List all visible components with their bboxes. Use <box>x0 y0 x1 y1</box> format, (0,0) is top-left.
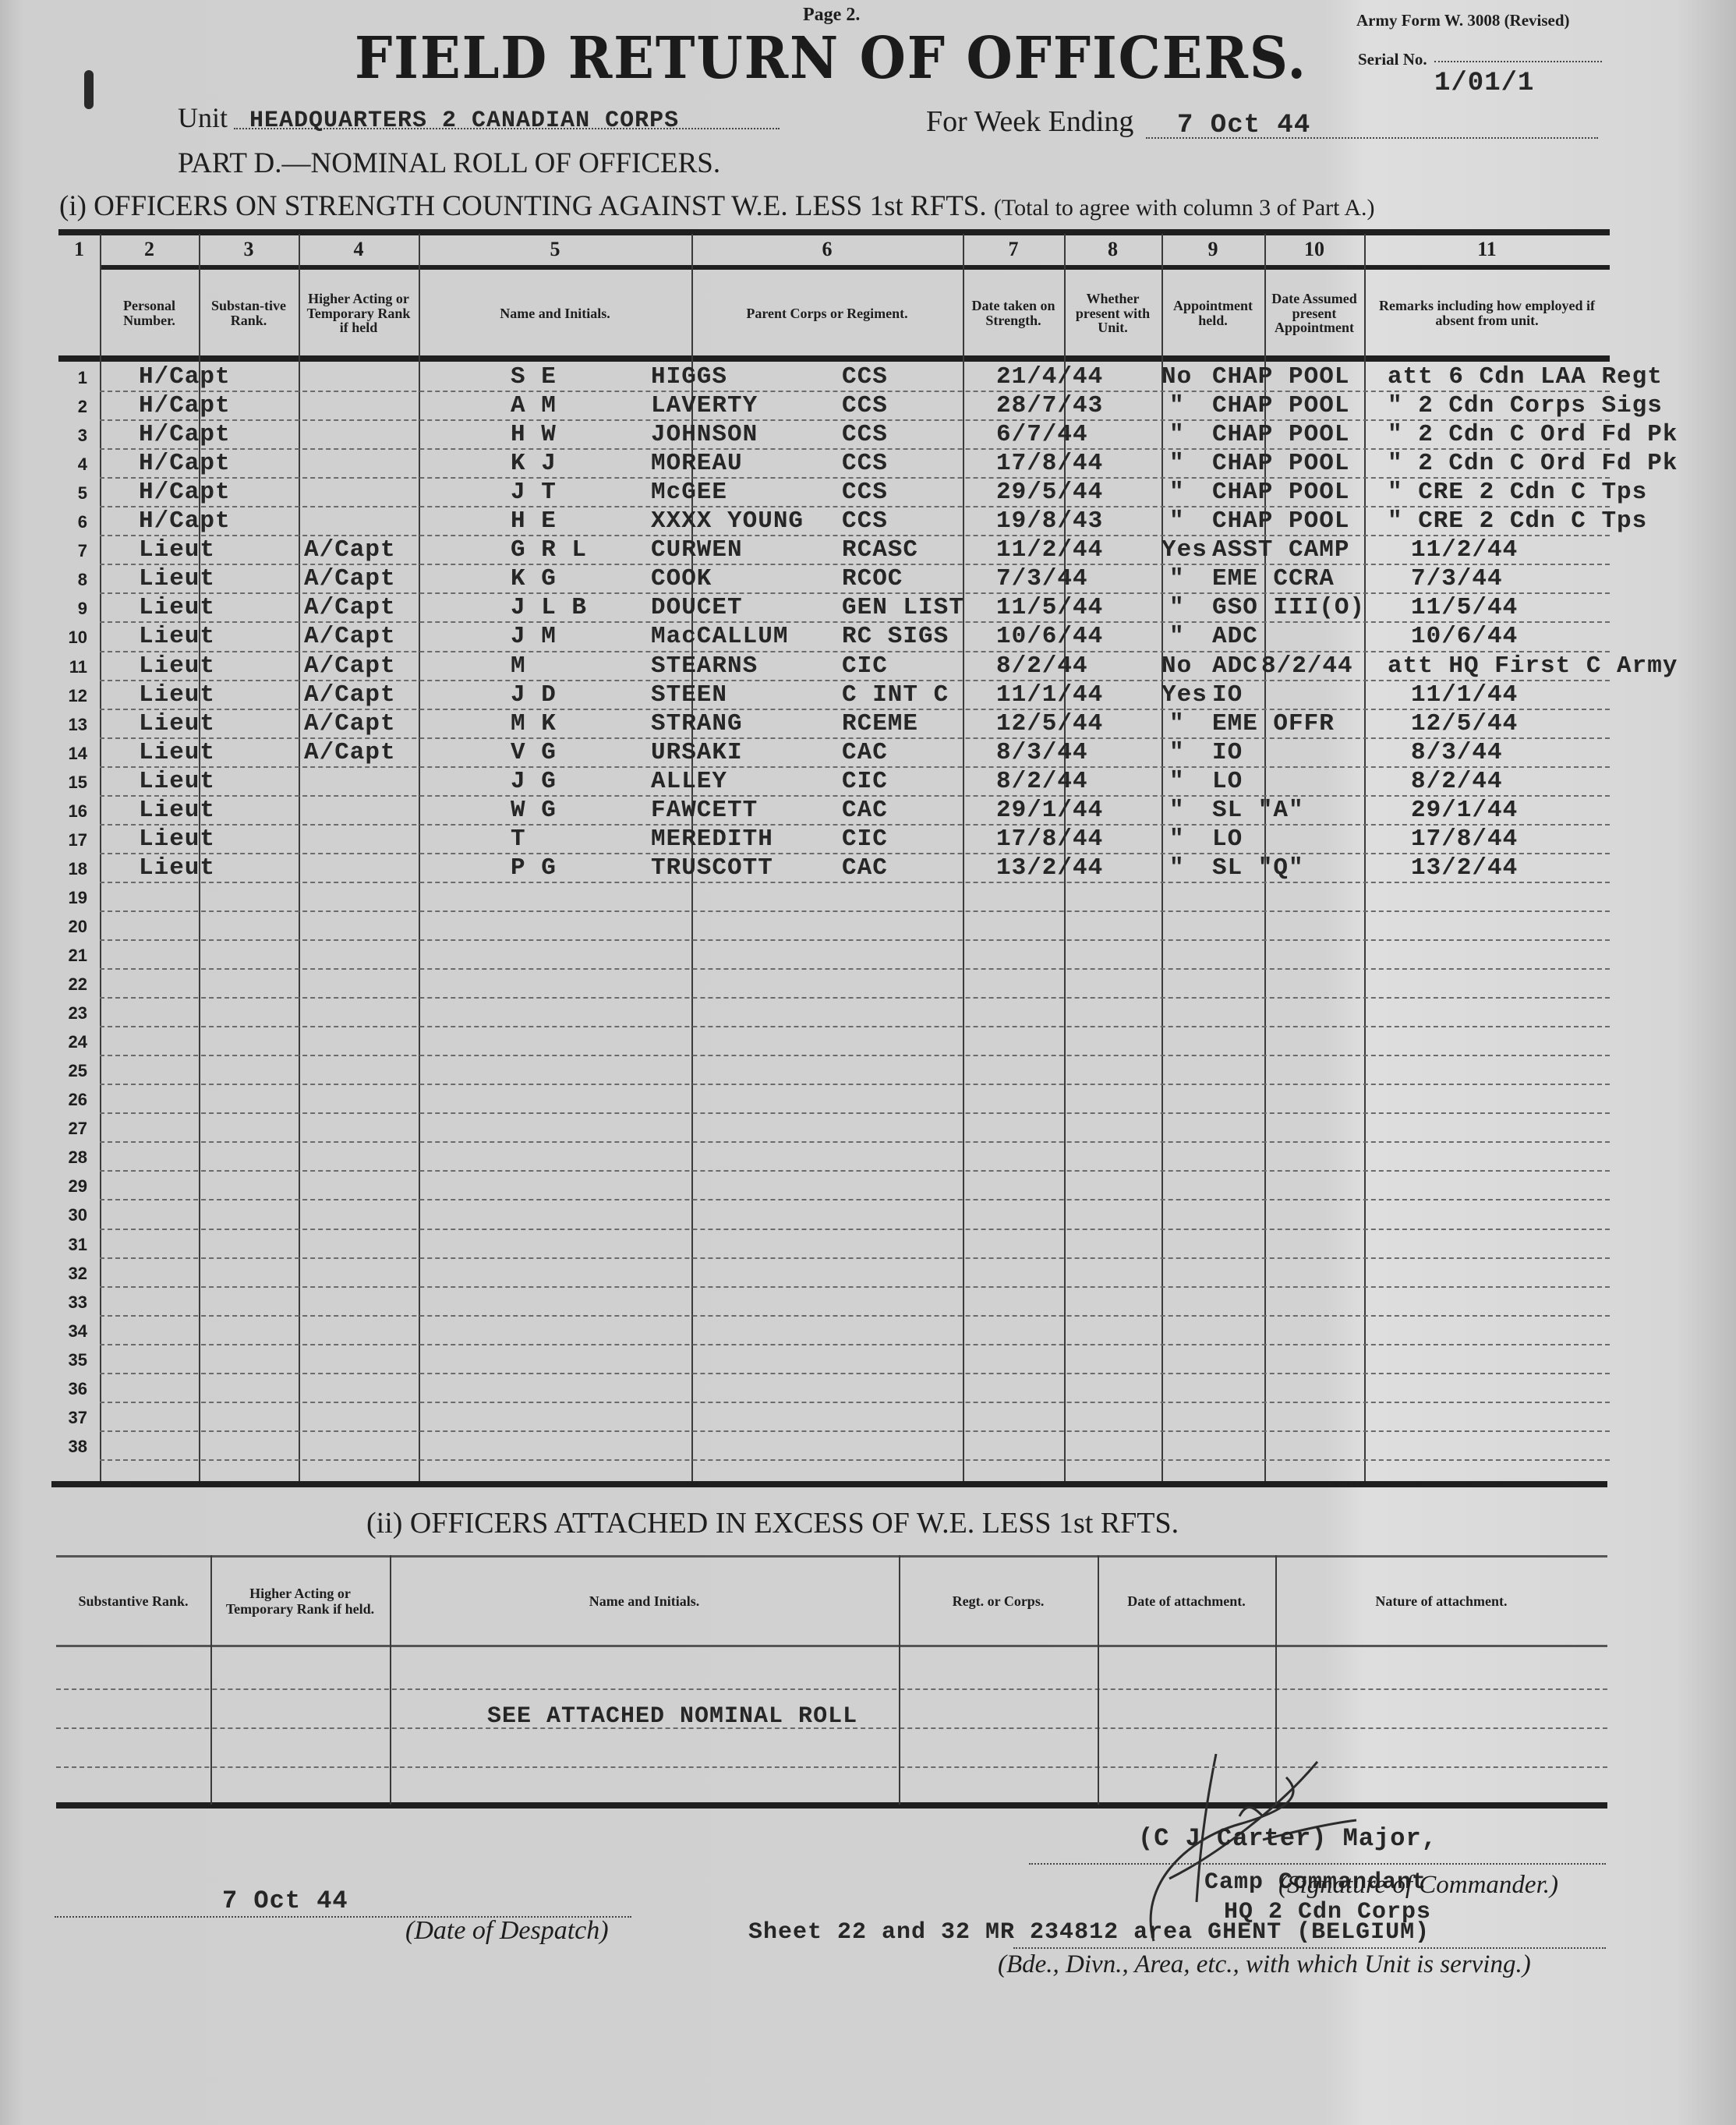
cell-appointment-held: CHAP POOL <box>1212 450 1349 477</box>
cell-acting-rank: A/Capt <box>304 565 396 592</box>
cell-substantive-rank: Lieut <box>139 797 215 824</box>
cell-appointment-held: CHAP POOL <box>1212 479 1349 506</box>
column-header: Personal Number. <box>103 274 196 352</box>
cell-surname: LAVERTY <box>651 392 758 419</box>
cell-parent-corps: CIC <box>842 826 888 853</box>
cell-appointment-held: SL "A" <box>1212 797 1304 824</box>
form-number: Army Form W. 3008 (Revised) <box>1356 11 1570 30</box>
cell-surname: STEARNS <box>651 652 758 680</box>
cell-surname: MEREDITH <box>651 826 773 853</box>
cell-appointment-held: LO <box>1212 826 1243 853</box>
cell-remarks: " CRE 2 Cdn C Tps <box>1388 507 1647 535</box>
cell-initials: K G <box>511 565 557 592</box>
cell-appointment-held: ASST CAMP <box>1212 536 1349 564</box>
row-rule <box>100 1199 1610 1200</box>
cell-date-taken-on-strength: 12/5/44 <box>996 710 1103 737</box>
cell-present-with-unit: " <box>1169 507 1185 535</box>
cell-acting-rank: A/Capt <box>304 710 396 737</box>
row-number: 30 <box>48 1205 87 1225</box>
cell-present-with-unit: " <box>1169 623 1185 650</box>
row-rule <box>100 939 1610 941</box>
cell-appointment-held: ADC <box>1212 652 1258 680</box>
cell-surname: DOUCET <box>651 594 743 621</box>
section-i-heading: (i) OFFICERS ON STRENGTH COUNTING AGAINS… <box>59 190 987 222</box>
section-ii-row-rule <box>56 1766 1607 1768</box>
week-ending-label: For Week Ending <box>926 104 1133 139</box>
cell-date-taken-on-strength: 6/7/44 <box>996 421 1088 448</box>
cell-surname: CURWEN <box>651 536 743 564</box>
row-rule <box>100 1344 1610 1345</box>
cell-parent-corps: RCEME <box>842 710 918 737</box>
serial-dotted-line <box>1434 61 1602 62</box>
row-number: 22 <box>48 974 87 995</box>
row-rule <box>100 968 1610 970</box>
section-ii-column-header: Regt. or Corps. <box>903 1559 1093 1645</box>
cell-parent-corps: RCASC <box>842 536 918 564</box>
cell-substantive-rank: Lieut <box>139 594 215 621</box>
table-top-rule <box>58 229 1610 235</box>
row-rule <box>100 1315 1610 1317</box>
cell-initials: J G <box>511 768 557 795</box>
cell-date-taken-on-strength: 19/8/43 <box>996 507 1103 535</box>
cell-substantive-rank: Lieut <box>139 623 215 650</box>
column-number: 7 <box>963 238 1064 261</box>
column-header: Parent Corps or Regiment. <box>695 274 960 352</box>
cell-appointment-held: CHAP POOL <box>1212 392 1349 419</box>
column-number: 1 <box>58 238 100 261</box>
row-number: 5 <box>48 483 87 504</box>
cell-parent-corps: CCS <box>842 392 888 419</box>
cell-appointment-held: CHAP POOL <box>1212 363 1349 391</box>
row-rule <box>100 1459 1610 1461</box>
serving-dotted-line <box>1013 1947 1606 1949</box>
serving-location: Sheet 22 and 32 MR 234812 area GHENT (BE… <box>748 1919 1430 1946</box>
cell-present-with-unit: " <box>1169 768 1185 795</box>
cell-date-taken-on-strength: 8/3/44 <box>996 739 1088 766</box>
column-header: Name and Initials. <box>422 274 688 352</box>
row-number: 26 <box>48 1090 87 1110</box>
cell-parent-corps: CCS <box>842 421 888 448</box>
cell-date-taken-on-strength: 11/2/44 <box>996 536 1103 564</box>
cell-initials: K J <box>511 450 557 477</box>
cell-surname: MOREAU <box>651 450 743 477</box>
cell-appointment-held: SL "Q" <box>1212 854 1304 882</box>
column-divider <box>1098 1555 1099 1805</box>
unit-label: Unit <box>178 101 228 134</box>
row-number: 7 <box>48 541 87 561</box>
row-rule <box>100 1112 1610 1114</box>
cell-remarks: 11/1/44 <box>1411 681 1518 709</box>
cell-remarks: " CRE 2 Cdn C Tps <box>1388 479 1647 506</box>
cell-substantive-rank: H/Capt <box>139 479 231 506</box>
colnum-rule <box>100 265 1610 270</box>
cell-parent-corps: C INT C <box>842 681 949 709</box>
cell-initials: J D <box>511 681 557 709</box>
row-number: 32 <box>48 1264 87 1284</box>
cell-surname: McGEE <box>651 479 727 506</box>
cell-parent-corps: CIC <box>842 652 888 680</box>
document-title: FIELD RETURN OF OFFICERS. <box>355 25 1307 92</box>
section-ii-column-header: Name and Initials. <box>394 1559 894 1645</box>
row-rule <box>100 1026 1610 1027</box>
cell-appointment-held: IO <box>1212 739 1243 766</box>
cell-present-with-unit: " <box>1169 565 1185 592</box>
column-header: Whether present with Unit. <box>1067 274 1158 352</box>
cell-present-with-unit: " <box>1169 739 1185 766</box>
cell-initials: H E <box>511 507 557 535</box>
row-number: 21 <box>48 946 87 966</box>
cell-remarks: 29/1/44 <box>1411 797 1518 824</box>
row-number: 33 <box>48 1292 87 1313</box>
cell-substantive-rank: H/Capt <box>139 450 231 477</box>
cell-initials: J M <box>511 623 557 650</box>
cell-present-with-unit: " <box>1169 594 1185 621</box>
row-number: 37 <box>48 1408 87 1428</box>
section-ii-row-rule <box>56 1688 1607 1690</box>
cell-acting-rank: A/Capt <box>304 652 396 680</box>
cell-remarks: 8/2/44 <box>1411 768 1503 795</box>
cell-acting-rank: A/Capt <box>304 739 396 766</box>
cell-surname: URSAKI <box>651 739 743 766</box>
despatch-caption: (Date of Despatch) <box>405 1916 609 1946</box>
section-ii-column-header: Nature of attachment. <box>1280 1559 1603 1645</box>
row-rule <box>100 997 1610 999</box>
cell-surname: STRANG <box>651 710 743 737</box>
cell-substantive-rank: Lieut <box>139 536 215 564</box>
cell-present-with-unit: " <box>1169 421 1185 448</box>
row-number: 23 <box>48 1003 87 1024</box>
cell-present-with-unit: No <box>1161 363 1192 391</box>
row-number: 13 <box>48 715 87 735</box>
cell-date-taken-on-strength: 8/2/44 <box>996 652 1088 680</box>
cell-appointment-held: CHAP POOL <box>1212 421 1349 448</box>
cell-date-taken-on-strength: 17/8/44 <box>996 450 1103 477</box>
cell-remarks: 13/2/44 <box>1411 854 1518 882</box>
row-rule <box>100 882 1610 883</box>
row-number: 27 <box>48 1119 87 1139</box>
cell-surname: ALLEY <box>651 768 727 795</box>
cell-initials: H W <box>511 421 557 448</box>
row-rule <box>100 1141 1610 1143</box>
cell-appointment-held: GSO III(O) <box>1212 594 1365 621</box>
cell-date-taken-on-strength: 7/3/44 <box>996 565 1088 592</box>
cell-present-with-unit: " <box>1169 392 1185 419</box>
section-i-title: (i) OFFICERS ON STRENGTH COUNTING AGAINS… <box>59 189 1375 223</box>
row-rule <box>100 1229 1610 1230</box>
cell-substantive-rank: Lieut <box>139 710 215 737</box>
row-number: 36 <box>48 1379 87 1399</box>
cell-appointment-held: ADC <box>1212 623 1258 650</box>
cell-surname: FAWCETT <box>651 797 758 824</box>
cell-substantive-rank: Lieut <box>139 768 215 795</box>
row-number: 3 <box>48 426 87 446</box>
section-ii-header-rule <box>56 1645 1607 1647</box>
cell-present-with-unit: " <box>1169 710 1185 737</box>
cell-initials: P G <box>511 854 557 882</box>
cell-appointment-held: CHAP POOL <box>1212 507 1349 535</box>
cell-remarks: 11/5/44 <box>1411 594 1518 621</box>
cell-initials: A M <box>511 392 557 419</box>
cell-substantive-rank: H/Capt <box>139 363 231 391</box>
column-number: 8 <box>1064 238 1161 261</box>
cell-parent-corps: CCS <box>842 363 888 391</box>
cell-initials: J L B <box>511 594 587 621</box>
cell-remarks: 17/8/44 <box>1411 826 1518 853</box>
column-header: Substan-tive Rank. <box>202 274 295 352</box>
cell-acting-rank: A/Capt <box>304 536 396 564</box>
cell-parent-corps: RC SIGS <box>842 623 949 650</box>
cell-date-assumed-appointment: 8/2/44 <box>1261 652 1353 680</box>
row-rule <box>100 1055 1610 1056</box>
cell-surname: JOHNSON <box>651 421 758 448</box>
cell-appointment-held: LO <box>1212 768 1243 795</box>
cell-substantive-rank: Lieut <box>139 826 215 853</box>
cell-parent-corps: GEN LIST <box>842 594 964 621</box>
row-number: 8 <box>48 570 87 590</box>
section-ii-column-header: Date of attachment. <box>1102 1559 1271 1645</box>
row-number: 20 <box>48 917 87 937</box>
cell-appointment-held: EME OFFR <box>1212 710 1335 737</box>
cell-substantive-rank: H/Capt <box>139 421 231 448</box>
cell-parent-corps: CCS <box>842 507 888 535</box>
cell-surname: COOK <box>651 565 712 592</box>
cell-substantive-rank: H/Capt <box>139 392 231 419</box>
column-header: Date taken on Strength. <box>966 274 1061 352</box>
row-number: 1 <box>48 368 87 388</box>
column-divider <box>1275 1555 1277 1805</box>
cell-initials: J T <box>511 479 557 506</box>
cell-surname: TRUSCOTT <box>651 854 773 882</box>
cell-initials: W G <box>511 797 557 824</box>
cell-acting-rank: A/Capt <box>304 681 396 709</box>
row-number: 2 <box>48 397 87 417</box>
signatory-name: (C J Carter) Major, <box>1138 1824 1437 1853</box>
cell-present-with-unit: Yes <box>1161 681 1207 709</box>
week-ending-value: 7 Oct 44 <box>1177 111 1310 140</box>
cell-parent-corps: CCS <box>842 479 888 506</box>
cell-substantive-rank: Lieut <box>139 739 215 766</box>
cell-date-taken-on-strength: 13/2/44 <box>996 854 1103 882</box>
row-number: 28 <box>48 1147 87 1168</box>
page-label: Page 2. <box>803 5 860 26</box>
column-number: 11 <box>1364 238 1610 261</box>
cell-acting-rank: A/Capt <box>304 594 396 621</box>
row-rule <box>100 1402 1610 1403</box>
cell-substantive-rank: Lieut <box>139 854 215 882</box>
scan-artifact <box>84 70 94 109</box>
row-number: 16 <box>48 801 87 822</box>
cell-substantive-rank: Lieut <box>139 565 215 592</box>
cell-remarks: 10/6/44 <box>1411 623 1518 650</box>
cell-surname: XXXX YOUNG <box>651 507 804 535</box>
serial-label: Serial No. <box>1358 50 1427 69</box>
row-number: 25 <box>48 1061 87 1081</box>
cell-substantive-rank: Lieut <box>139 681 215 709</box>
cell-initials: S E <box>511 363 557 391</box>
column-divider <box>899 1555 900 1805</box>
cell-remarks: " 2 Cdn Corps Sigs <box>1388 392 1663 419</box>
cell-appointment-held: IO <box>1212 681 1243 709</box>
row-rule <box>100 1084 1610 1085</box>
row-rule <box>100 1257 1610 1259</box>
row-number: 11 <box>48 657 87 677</box>
serving-caption: (Bde., Divn., Area, etc., with which Uni… <box>998 1950 1531 1979</box>
row-rule <box>100 1430 1610 1432</box>
cell-present-with-unit: " <box>1169 826 1185 853</box>
row-rule <box>100 1373 1610 1374</box>
section-ii-title: (ii) OFFICERS ATTACHED IN EXCESS OF W.E.… <box>366 1506 1179 1540</box>
column-number: 10 <box>1264 238 1364 261</box>
header-bottom-rule <box>58 355 1610 362</box>
cell-initials: M K <box>511 710 557 737</box>
cell-substantive-rank: Lieut <box>139 652 215 680</box>
column-number: 6 <box>691 238 963 261</box>
cell-present-with-unit: " <box>1169 854 1185 882</box>
section-ii-row-rule <box>56 1727 1607 1729</box>
signature-dotted-line <box>1029 1863 1606 1865</box>
cell-remarks: att 6 Cdn LAA Regt <box>1388 363 1663 391</box>
see-attached-note: SEE ATTACHED NOMINAL ROLL <box>487 1703 857 1730</box>
row-rule <box>100 910 1610 912</box>
row-number: 35 <box>48 1350 87 1370</box>
column-divider <box>210 1555 212 1805</box>
cell-present-with-unit: Yes <box>1161 536 1207 564</box>
row-number: 18 <box>48 859 87 879</box>
cell-surname: HIGGS <box>651 363 727 391</box>
despatch-date: 7 Oct 44 <box>222 1886 348 1915</box>
cell-date-taken-on-strength: 17/8/44 <box>996 826 1103 853</box>
document-page: Page 2. FIELD RETURN OF OFFICERS. Army F… <box>0 0 1736 2125</box>
cell-present-with-unit: " <box>1169 797 1185 824</box>
cell-date-taken-on-strength: 29/1/44 <box>996 797 1103 824</box>
row-number: 38 <box>48 1437 87 1457</box>
row-number: 24 <box>48 1032 87 1052</box>
row-number: 29 <box>48 1176 87 1197</box>
cell-date-taken-on-strength: 29/5/44 <box>996 479 1103 506</box>
cell-initials: V G <box>511 739 557 766</box>
cell-date-taken-on-strength: 28/7/43 <box>996 392 1103 419</box>
cell-date-taken-on-strength: 21/4/44 <box>996 363 1103 391</box>
cell-parent-corps: CAC <box>842 739 888 766</box>
cell-date-taken-on-strength: 11/5/44 <box>996 594 1103 621</box>
row-number: 6 <box>48 512 87 532</box>
cell-date-taken-on-strength: 10/6/44 <box>996 623 1103 650</box>
cell-date-taken-on-strength: 11/1/44 <box>996 681 1103 709</box>
cell-remarks: 11/2/44 <box>1411 536 1518 564</box>
column-number: 2 <box>100 238 199 261</box>
row-number: 9 <box>48 599 87 619</box>
row-number: 19 <box>48 888 87 908</box>
cell-date-taken-on-strength: 8/2/44 <box>996 768 1088 795</box>
cell-remarks: att HQ First C Army <box>1388 652 1678 680</box>
row-number: 34 <box>48 1321 87 1342</box>
cell-surname: MacCALLUM <box>651 623 788 650</box>
cell-parent-corps: CCS <box>842 450 888 477</box>
row-number: 15 <box>48 773 87 793</box>
cell-parent-corps: CAC <box>842 797 888 824</box>
section-ii-column-header: Substantive Rank. <box>61 1559 206 1645</box>
cell-remarks: 12/5/44 <box>1411 710 1518 737</box>
cell-remarks: 7/3/44 <box>1411 565 1503 592</box>
column-header: Remarks including how employed if absent… <box>1367 274 1607 352</box>
cell-present-with-unit: " <box>1169 450 1185 477</box>
serial-value: 1/01/1 <box>1434 69 1534 98</box>
section-i-note: (Total to agree with column 3 of Part A.… <box>994 195 1375 221</box>
signature-caption: (Signature of Commander.) <box>1278 1871 1558 1900</box>
cell-initials: M <box>511 652 526 680</box>
column-number: 9 <box>1161 238 1264 261</box>
column-number: 4 <box>299 238 419 261</box>
column-number: 3 <box>199 238 299 261</box>
column-number: 5 <box>419 238 691 261</box>
cell-initials: T <box>511 826 526 853</box>
row-rule <box>100 1170 1610 1172</box>
column-header: Appointment held. <box>1165 274 1261 352</box>
section-ii-top-rule <box>56 1555 1607 1558</box>
column-header: Date Assumed present Appointment <box>1268 274 1361 352</box>
cell-present-with-unit: " <box>1169 479 1185 506</box>
column-header: Higher Acting or Temporary Rank if held <box>302 274 415 352</box>
cell-initials: G R L <box>511 536 587 564</box>
row-number: 14 <box>48 744 87 764</box>
row-number: 17 <box>48 830 87 850</box>
table-bottom-rule <box>51 1481 1607 1487</box>
cell-appointment-held: EME CCRA <box>1212 565 1335 592</box>
row-number: 10 <box>48 628 87 648</box>
cell-remarks: " 2 Cdn C Ord Fd Pk <box>1388 421 1678 448</box>
cell-parent-corps: RCOC <box>842 565 903 592</box>
row-number: 12 <box>48 686 87 706</box>
row-number: 31 <box>48 1235 87 1255</box>
row-rule <box>100 1286 1610 1288</box>
cell-substantive-rank: H/Capt <box>139 507 231 535</box>
part-title: PART D.—NOMINAL ROLL OF OFFICERS. <box>178 147 720 180</box>
cell-acting-rank: A/Capt <box>304 623 396 650</box>
row-number: 4 <box>48 454 87 475</box>
cell-remarks: " 2 Cdn C Ord Fd Pk <box>1388 450 1678 477</box>
cell-remarks: 8/3/44 <box>1411 739 1503 766</box>
unit-value: HEADQUARTERS 2 CANADIAN CORPS <box>249 108 679 134</box>
cell-surname: STEEN <box>651 681 727 709</box>
cell-parent-corps: CIC <box>842 768 888 795</box>
cell-present-with-unit: No <box>1161 652 1192 680</box>
cell-parent-corps: CAC <box>842 854 888 882</box>
section-ii-column-header: Higher Acting or Temporary Rank if held. <box>215 1559 385 1645</box>
column-divider <box>390 1555 391 1805</box>
